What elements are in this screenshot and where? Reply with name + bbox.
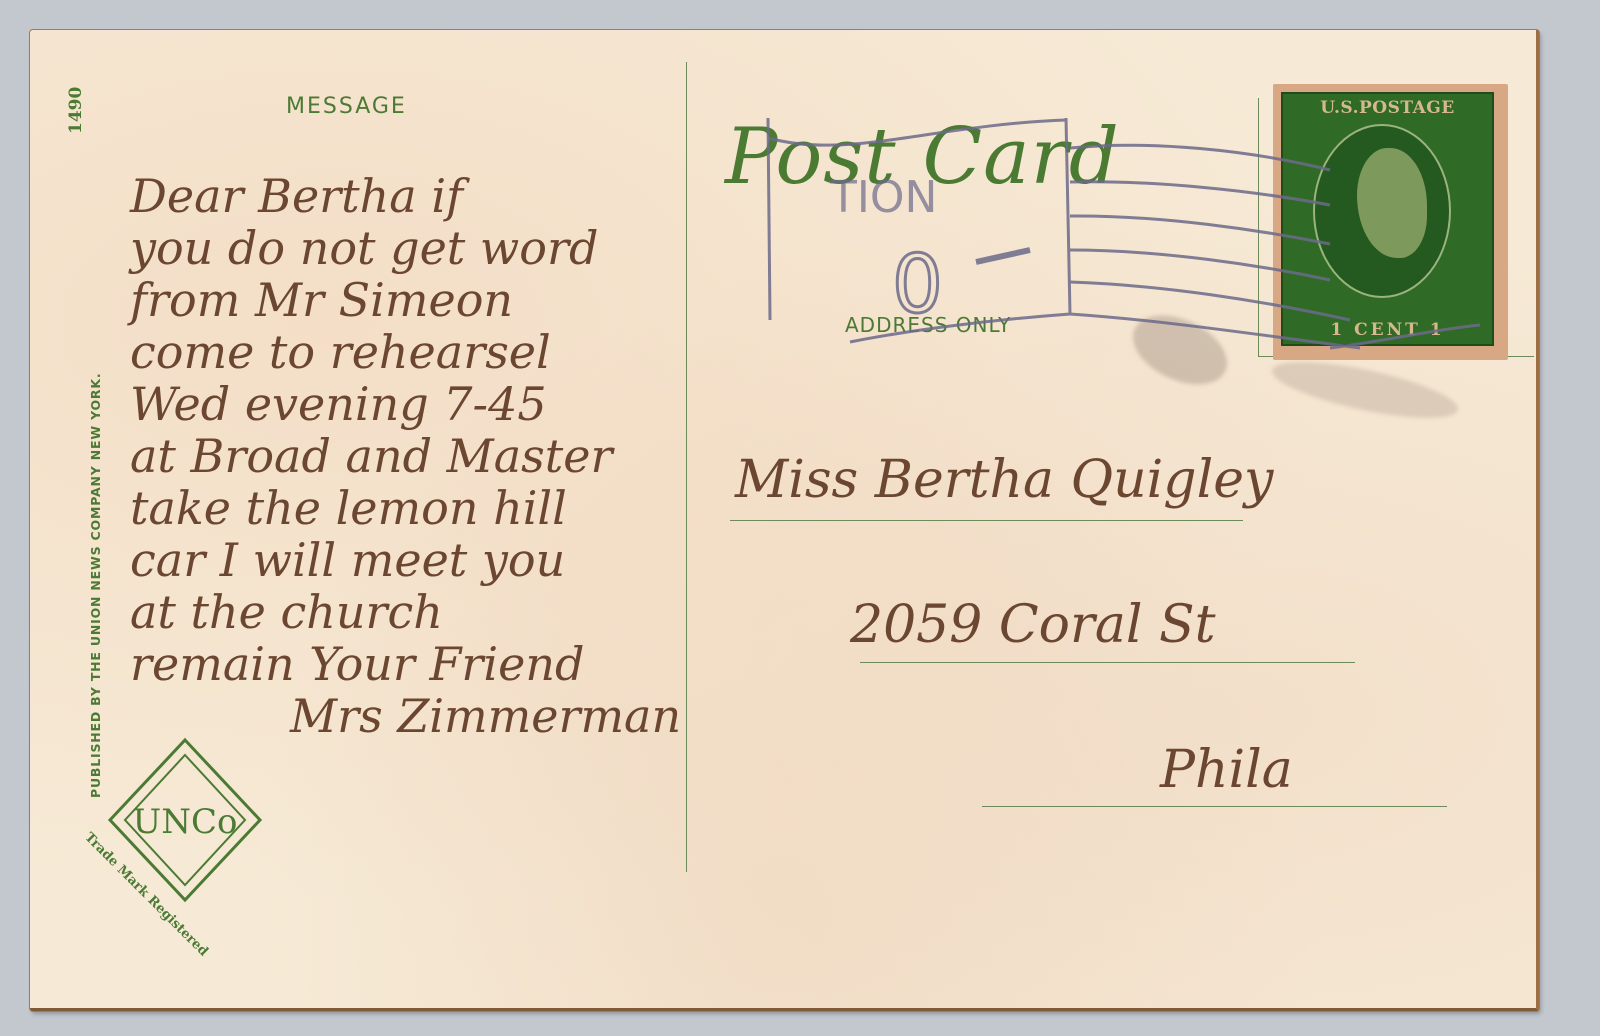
catalog-number: 1490 [66, 87, 86, 134]
recipient-city: Phila [1160, 740, 1293, 800]
stain [1122, 302, 1238, 399]
washington-profile-icon [1357, 148, 1427, 258]
message-line: come to rehearsel [130, 326, 681, 378]
address-line-2 [860, 662, 1355, 663]
message-line: take the lemon hill [130, 482, 681, 534]
stamp-top-text: U.S.POSTAGE [1283, 98, 1492, 118]
handwritten-message: Dear Bertha if you do not get word from … [130, 170, 681, 742]
message-line: at Broad and Master [130, 430, 681, 482]
address-line-1 [730, 520, 1243, 521]
message-line: car I will meet you [130, 534, 681, 586]
post-card-title: Post Card [725, 112, 1120, 202]
message-line: at the church [130, 586, 681, 638]
message-line: Dear Bertha if [130, 170, 681, 222]
logo-monogram: UNCo [133, 802, 238, 842]
message-line: from Mr Simeon [130, 274, 681, 326]
stamp-denomination: 1 CENT 1 [1283, 320, 1492, 340]
postcard-back: 1490 PUBLISHED BY THE UNION NEWS COMPANY… [30, 30, 1539, 1011]
stamp-portrait [1313, 124, 1451, 298]
center-divider [686, 62, 687, 872]
postage-stamp: U.S.POSTAGE 1 CENT 1 [1273, 84, 1508, 360]
message-line: remain Your Friend [130, 638, 681, 690]
message-label: MESSAGE [286, 94, 407, 119]
recipient-name: Miss Bertha Quigley [735, 450, 1273, 510]
stain [1268, 351, 1462, 430]
address-line-3 [982, 806, 1447, 807]
recipient-street: 2059 Coral St [850, 595, 1216, 655]
address-only-label: ADDRESS ONLY [845, 313, 1011, 337]
message-line: Wed evening 7-45 [130, 378, 681, 430]
message-line: you do not get word [130, 222, 681, 274]
stamp-face: U.S.POSTAGE 1 CENT 1 [1281, 92, 1494, 346]
